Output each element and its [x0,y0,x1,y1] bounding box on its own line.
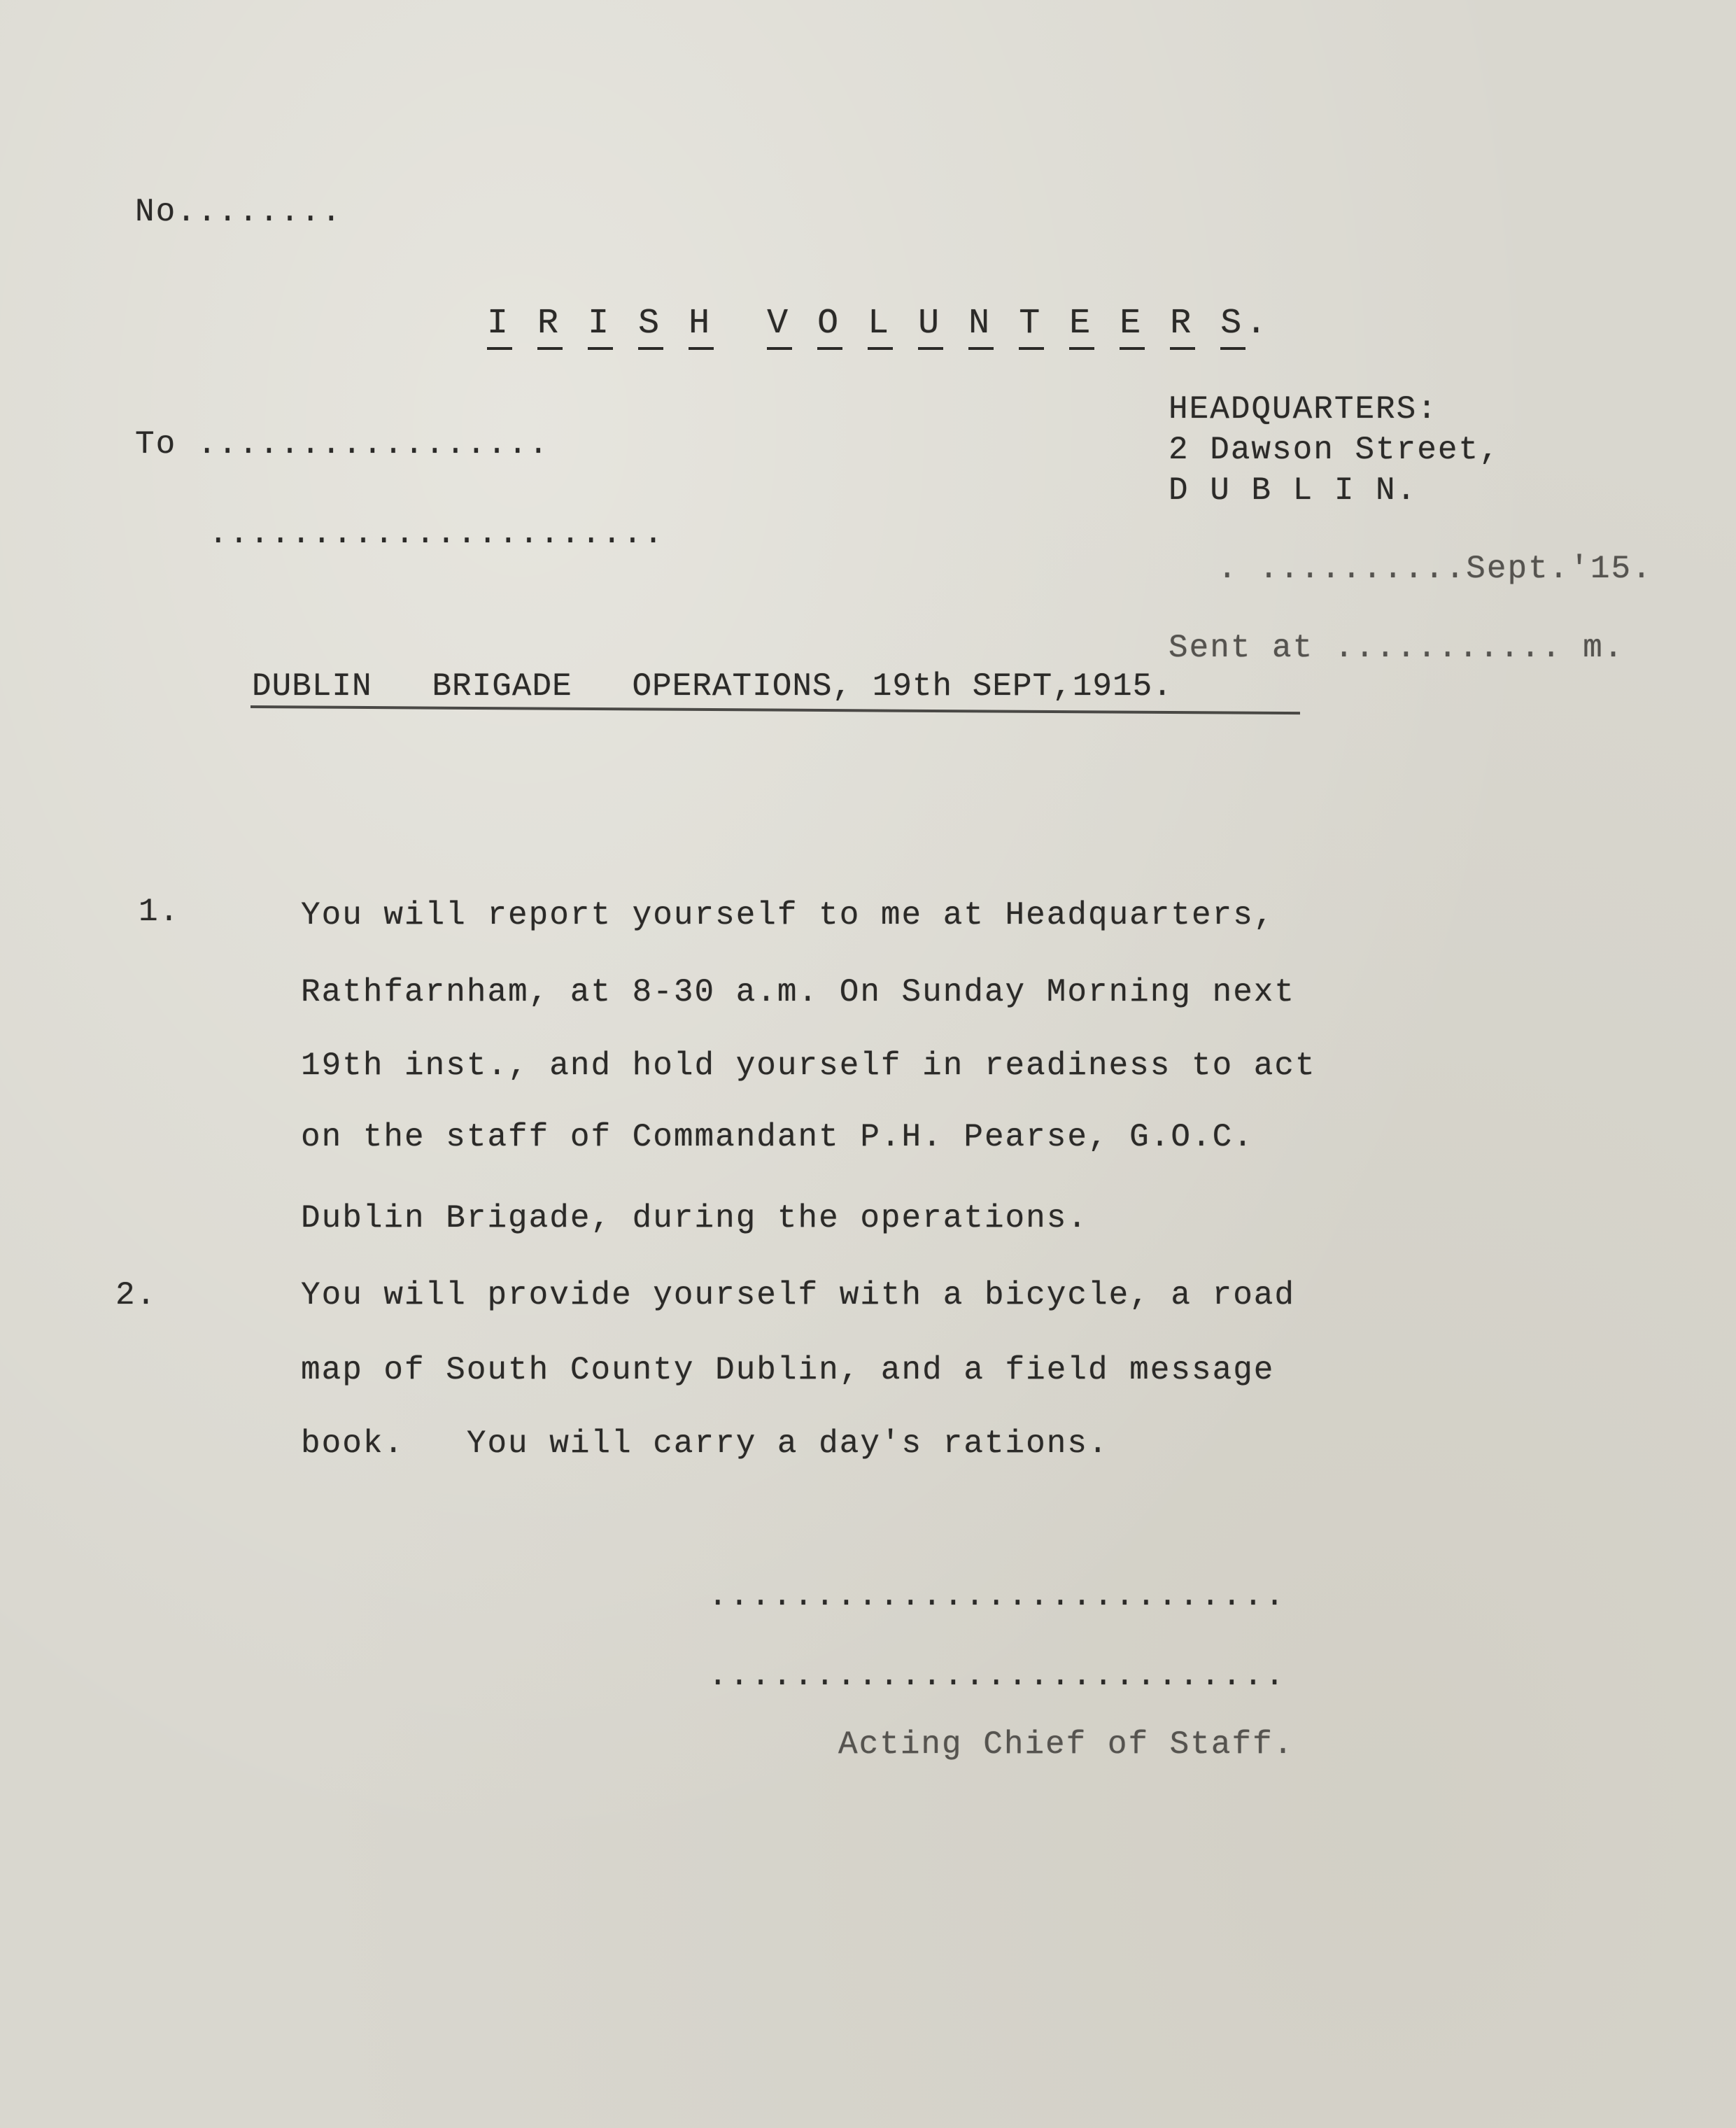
title-letter: V [767,306,792,350]
title-letter: U [918,306,943,350]
title-letter: S [1220,306,1245,350]
title-letter: R [537,306,563,350]
title-letter: E [1069,306,1094,350]
to-field-line-2: ...................... [209,518,664,550]
title-letter: O [817,306,842,350]
paragraph-line: map of South County Dublin, and a field … [301,1354,1274,1386]
headquarters-city: D U B L I N. [1169,474,1417,507]
to-field: To ................. [135,428,549,460]
date-line: . ..........Sept.'15. [1218,553,1653,585]
paragraph-line: Dublin Brigade, during the operations. [301,1202,1088,1234]
signatory-title: Acting Chief of Staff. [838,1728,1294,1761]
title-letter: H [689,306,714,350]
title-letter: S [638,306,663,350]
paragraph-line: book. You will carry a day's rations. [301,1428,1109,1460]
title-letter: L [868,306,893,350]
headquarters-street: 2 Dawson Street, [1169,434,1500,466]
organization-title: IRISHVOLUNTEERS. [386,272,1271,385]
paragraph-line: Rathfarnham, at 8-30 a.m. On Sunday Morn… [301,976,1295,1008]
subject-underline [250,705,1300,714]
title-letter: R [1170,306,1195,350]
paragraph-number: 2. [115,1279,157,1311]
paragraph-line: You will provide yourself with a bicycle… [301,1279,1295,1311]
paragraph-line: You will report yourself to me at Headqu… [301,899,1274,931]
title-letter: E [1120,306,1145,350]
title-period: . [1245,304,1271,344]
title-letter: N [968,306,994,350]
title-letter: T [1019,306,1044,350]
paragraph-number: 1. [139,896,180,928]
subject-heading: DUBLIN BRIGADE OPERATIONS, 19th SEPT,191… [252,670,1173,703]
signature-line: ........................... [708,1660,1286,1692]
document-number-field: No........ [135,196,342,228]
headquarters-heading: HEADQUARTERS: [1169,393,1438,425]
sent-at-line: Sent at ........... m. [1169,632,1624,664]
title-letter: I [588,306,613,350]
title-letter: I [487,306,512,350]
paragraph-line: on the staff of Commandant P.H. Pearse, … [301,1121,1254,1153]
paragraph-line: 19th inst., and hold yourself in readine… [301,1050,1316,1082]
signature-line: ........................... [708,1580,1286,1612]
